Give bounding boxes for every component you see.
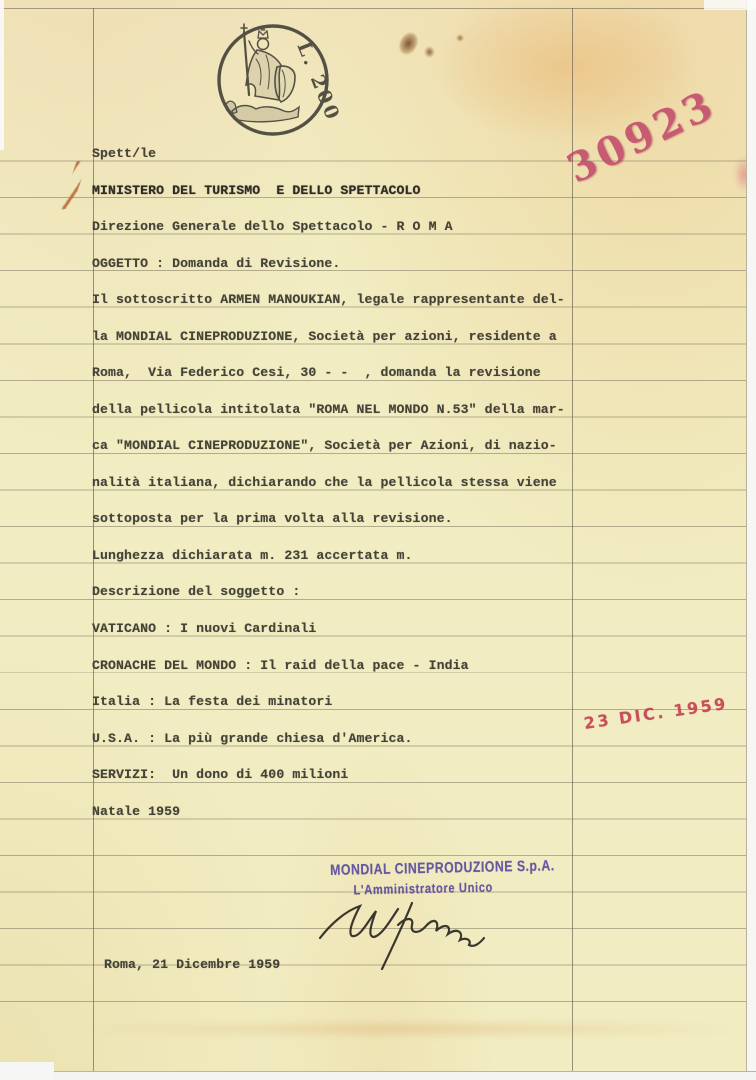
- stain-speck: [396, 29, 422, 57]
- typed-line-segment: Natale 1959: [92, 804, 180, 819]
- scan-background-edge: [0, 1071, 756, 1080]
- typed-line-subject: OGGETTO : Domanda di Revisione.: [92, 256, 340, 271]
- stain-speck: [424, 46, 435, 58]
- company-stamp-name: MONDIAL CINEPRODUZIONE S.p.A.: [330, 858, 527, 879]
- stain-speck: [456, 34, 464, 42]
- scan-background-edge: [704, 0, 756, 10]
- top-rule-line: [0, 8, 746, 9]
- typed-line-segment: Italia : La festa dei minatori: [92, 694, 332, 709]
- scan-background-edge: [0, 1062, 54, 1080]
- typed-line-segment: SERVIZI: Un dono di 400 milioni: [92, 767, 348, 782]
- typed-line-body: della pellicola intitolata "ROMA NEL MON…: [92, 402, 565, 417]
- typed-line-segment: CRONACHE DEL MONDO : Il raid della pace …: [92, 658, 469, 673]
- typed-line-body: nalità italiana, dichiarando che la pell…: [92, 475, 557, 490]
- company-stamp: MONDIAL CINEPRODUZIONE S.p.A. L'Amminist…: [330, 858, 528, 898]
- bottom-smudge-stain: [90, 1020, 730, 1038]
- typed-line-recipient-dept: Direzione Generale dello Spettacolo - R …: [92, 219, 453, 234]
- scanned-document: L. 200 30923 23 DIC. 1959 Spett/le MINIS…: [0, 0, 756, 1080]
- typed-line-body: Roma, Via Federico Cesi, 30 - - , domand…: [92, 365, 541, 380]
- typed-line-body: ca "MONDIAL CINEPRODUZIONE", Società per…: [92, 438, 557, 453]
- revenue-stamp-seal-icon: L. 200: [206, 15, 340, 145]
- date-received-stamp: 23 DIC. 1959: [583, 694, 729, 733]
- typed-line-body: la MONDIAL CINEPRODUZIONE, Società per a…: [92, 329, 557, 344]
- left-margin-line: [93, 8, 94, 1071]
- typed-line-segment: U.S.A. : La più grande chiesa d'America.: [92, 731, 413, 746]
- typed-line-body: Il sottoscritto ARMEN MANOUKIAN, legale …: [92, 292, 565, 307]
- typed-line-description-header: Descrizione del soggetto :: [92, 584, 300, 599]
- scan-background-edge: [0, 0, 4, 150]
- typed-line-salutation: Spett/le: [92, 146, 156, 161]
- typed-line-length: Lunghezza dichiarata m. 231 accertata m.: [92, 548, 413, 563]
- typed-dateline: Roma, 21 Dicembre 1959: [104, 957, 280, 972]
- typed-line-body: sottoposta per la prima volta alla revis…: [92, 511, 453, 526]
- typed-line-recipient: MINISTERO DEL TURISMO E DELLO SPETTACOLO: [92, 183, 421, 198]
- typed-line-segment: VATICANO : I nuovi Cardinali: [92, 621, 316, 636]
- signature-scribble: [300, 893, 500, 985]
- scan-background-edge: [746, 0, 756, 1080]
- rust-streak-stain: [49, 159, 95, 210]
